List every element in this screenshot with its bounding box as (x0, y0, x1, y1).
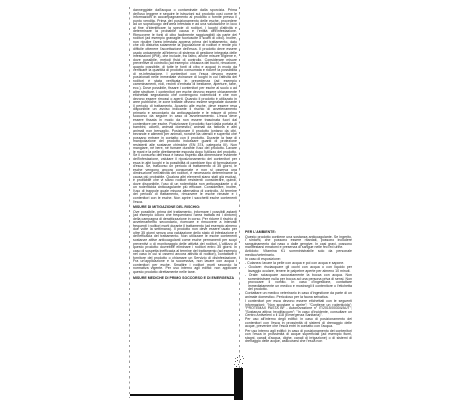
first-aid-heading: MISURE MEDICHE DI PRIMO SOCCORSO E DI EM… (133, 277, 237, 281)
indoor-use-surface-water-text: Per uso interno agli edifici: in caso di… (245, 330, 352, 344)
bait-station-labelling-text: I contenitori per esca devono essere eti… (245, 300, 352, 318)
right-text-column: PER L'AMBIENTE: Questo prodotto contiene… (245, 229, 352, 344)
exposure-oral-item: - Orale: sciacquare accuratamente la boc… (245, 274, 352, 292)
indoor-use-drainage-text: Per uso all'interno degli edifici: in ca… (245, 318, 352, 329)
cut-line-center (239, 7, 240, 398)
left-text-column: danneggiate dall'acqua o contaminate dal… (133, 9, 237, 281)
bottom-rule (130, 394, 238, 396)
cut-line-left (129, 7, 130, 398)
anticoagulant-warning-text: Questo prodotto contiene una sostanza an… (245, 236, 352, 250)
leaflet-page: danneggiate dall'acqua o contaminate dal… (0, 0, 450, 400)
print-registration-mark (234, 368, 243, 400)
risk-mitigation-text: Ove possibile, prima del trattamento, in… (133, 211, 237, 275)
usage-instructions-text: danneggiate dall'acqua o contaminate dal… (133, 9, 237, 204)
